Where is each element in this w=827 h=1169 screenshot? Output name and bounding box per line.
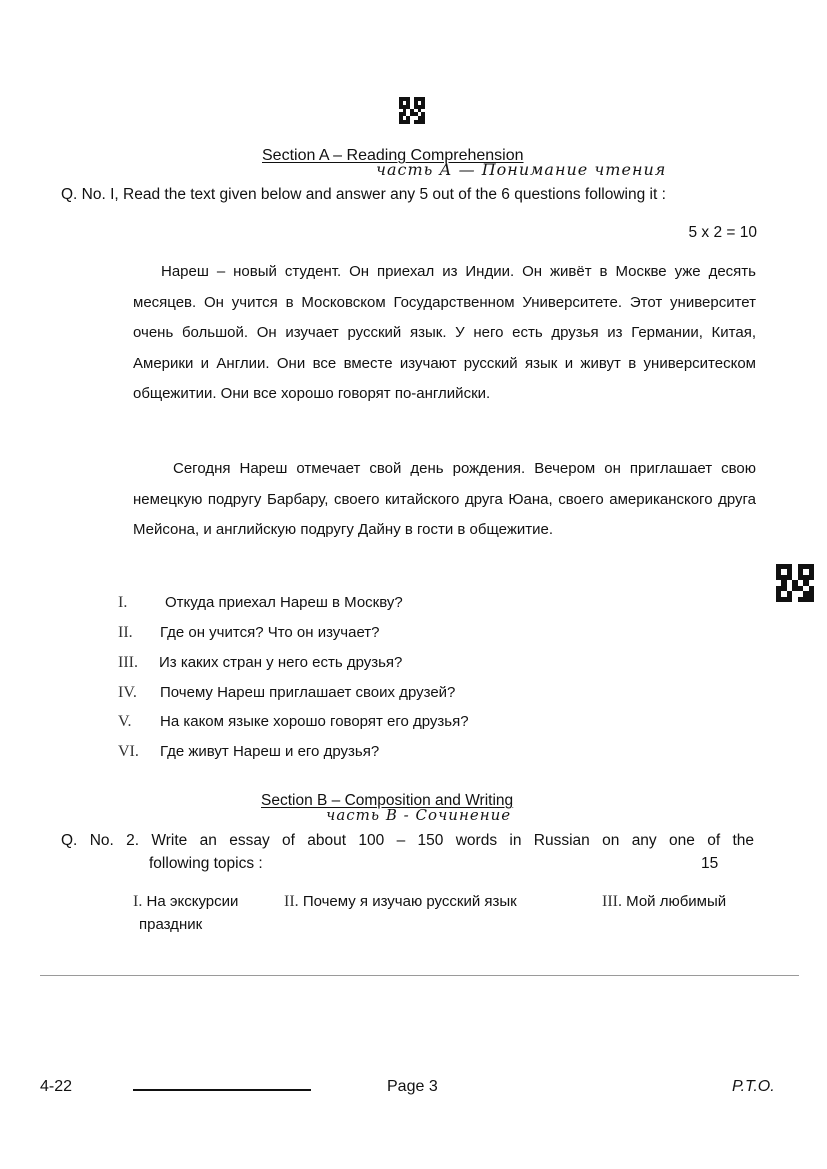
topic-item: II. Почему я изучаю русский язык <box>284 893 517 911</box>
section-a-handwritten-title: часть А — Понимание чтения <box>376 160 666 179</box>
question-2-label: Q. No. 2. <box>61 832 139 849</box>
topic-numeral: III. <box>602 893 622 910</box>
topic-item: III. Мой любимый <box>602 893 726 911</box>
question-2-instruction-line2: following topics : <box>149 855 263 873</box>
reading-passage-2: Сегодня Нареш отмечает свой день рождени… <box>133 454 756 546</box>
question-numeral: I. <box>118 594 127 612</box>
question-2-marks: 15 <box>701 855 718 873</box>
topic-text-continued: праздник <box>139 916 202 933</box>
question-numeral: III. <box>118 654 138 672</box>
divider <box>40 975 799 976</box>
passage-paragraph-1: Нареш – новый студент. Он приехал из Инд… <box>133 257 756 410</box>
question-1-label: Q. No. I, <box>61 186 119 203</box>
question-text: Из каких стран у него есть друзья? <box>159 654 402 671</box>
qr-code-icon <box>776 564 814 602</box>
essay-topics: I. На экскурсии II. Почему я изучаю русс… <box>133 893 756 939</box>
qr-code-icon <box>399 97 425 124</box>
topic-numeral: I. <box>133 893 142 910</box>
question-numeral: V. <box>118 713 132 731</box>
question-text: Где он учится? Что он изучает? <box>160 624 380 641</box>
question-text: Откуда приехал Нареш в Москву? <box>165 594 403 611</box>
footer-page-number: Page 3 <box>387 1078 438 1096</box>
question-text: Где живут Нареш и его друзья? <box>160 743 379 760</box>
question-text: Почему Нареш приглашает своих друзей? <box>160 684 455 701</box>
question-numeral: IV. <box>118 684 137 702</box>
footer-pto: P.T.O. <box>732 1078 775 1096</box>
question-1-marks: 5 x 2 = 10 <box>688 224 757 242</box>
topic-text: Почему я изучаю русский язык <box>303 893 517 910</box>
question-numeral: II. <box>118 624 133 642</box>
question-text: На каком языке хорошо говорят его друзья… <box>160 713 469 730</box>
topic-text: Мой любимый <box>626 893 726 910</box>
footer-signature-line <box>133 1089 311 1091</box>
reading-passage: Нареш – новый студент. Он приехал из Инд… <box>133 257 756 410</box>
topic-item: I. На экскурсии <box>133 893 238 911</box>
passage-paragraph-2: Сегодня Нареш отмечает свой день рождени… <box>133 454 756 546</box>
footer-code: 4-22 <box>40 1078 72 1096</box>
question-1-instruction: Q. No. I, Read the text given below and … <box>61 186 666 204</box>
question-list: I. Откуда приехал Нареш в Москву? II. Гд… <box>118 594 618 774</box>
section-b-handwritten-title: часть В - Сочинение <box>326 806 511 824</box>
question-numeral: VI. <box>118 743 139 761</box>
topic-text: На экскурсии <box>147 893 239 910</box>
question-1-text: Read the text given below and answer any… <box>123 186 666 203</box>
question-2-instruction: Q. No. 2. Write an essay of about 100 – … <box>61 832 754 850</box>
question-2-text: Write an essay of about 100 – 150 words … <box>151 832 754 849</box>
topic-numeral: II. <box>284 893 299 910</box>
